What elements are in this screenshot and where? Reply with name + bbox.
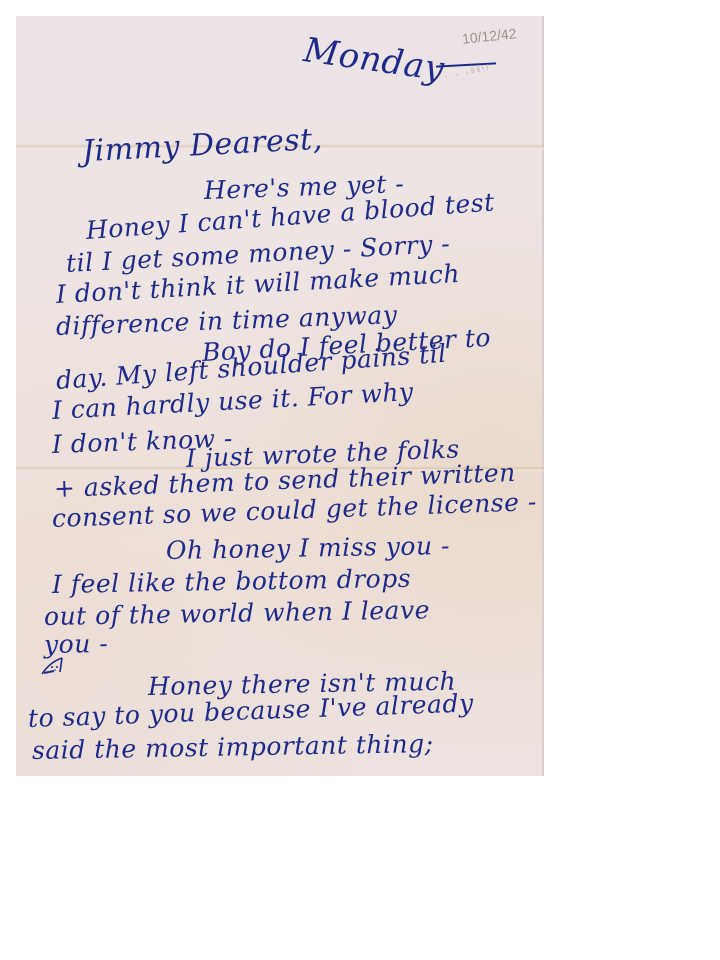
letter-day-heading: Monday — [301, 30, 447, 89]
letter-line: said the most important thing; — [32, 729, 434, 765]
letter-line: you - — [44, 629, 109, 659]
pencil-date-annotation: 10/12/42 — [461, 25, 517, 47]
letter-line: out of the world when I leave — [44, 595, 430, 631]
sad-face-doodle-icon — [40, 656, 70, 676]
letter-line: I feel like the bottom drops — [52, 564, 412, 599]
letter-line: Oh honey I miss you - — [166, 531, 450, 565]
letter-salutation: Jimmy Dearest, — [81, 122, 323, 170]
letter-page: Monday 10/12/42 · · ·ˢˢⁱᶠ Jimmy Dearest,… — [16, 16, 544, 776]
